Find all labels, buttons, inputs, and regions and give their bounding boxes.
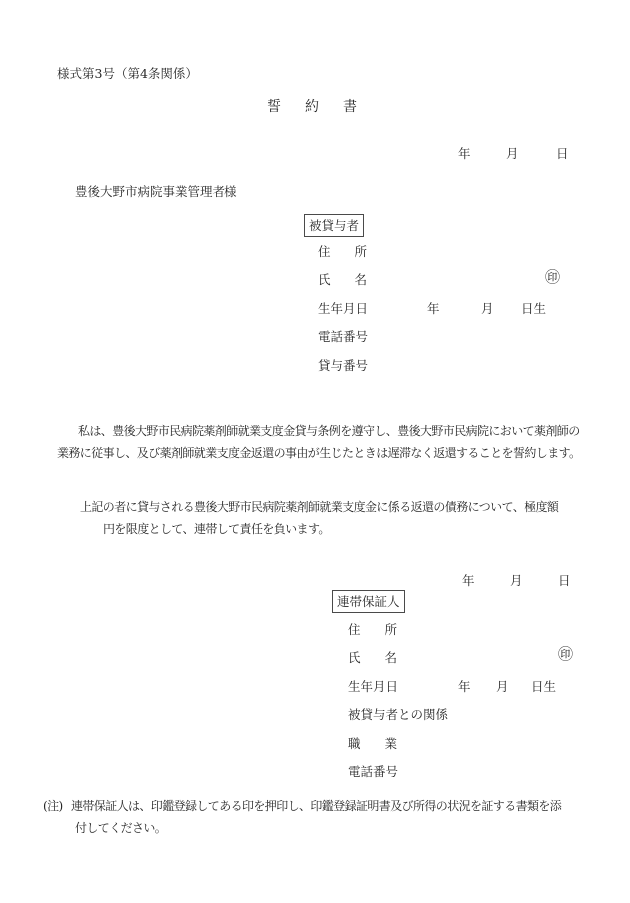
borrower-name-label: 氏名 [318, 270, 391, 288]
date-bottom-year-label: 年 [462, 571, 475, 589]
date-top-day-label: 日 [556, 144, 569, 162]
borrower-birth-month-label: 月 [481, 299, 494, 317]
guarantor-seal-icon: ㊞ [558, 643, 573, 664]
guarantee-paragraph-line2: 円を限度として、連帯して責任を負います。 [103, 520, 330, 537]
pledge-paragraph-line2: 業務に従事し、及び薬剤師就業支度金返還の事由が生じたときは遅滞なく返還することを… [57, 444, 580, 461]
date-bottom-month-label: 月 [510, 571, 523, 589]
guarantor-relation-label: 被貸与者との関係 [348, 705, 448, 723]
guarantor-section-label: 連帯保証人 [332, 590, 405, 613]
form-number: 様式第3号（第4条関係） [57, 64, 198, 82]
borrower-address-label: 住所 [318, 242, 391, 260]
guarantor-birth-day-label: 日生 [531, 677, 556, 695]
borrower-loan-number-label: 貸与番号 [318, 356, 368, 374]
addressee-name: 豊後大野市病院事業管理者 [75, 182, 225, 200]
borrower-birthdate-label: 生年月日 [318, 299, 368, 317]
page-title: 誓約書 [267, 96, 381, 116]
borrower-birth-year-label: 年 [427, 299, 440, 317]
note-line2: 付してください。 [75, 819, 166, 836]
date-top-month-label: 月 [506, 144, 519, 162]
note-line1: 連帯保証人は、印鑑登録してある印を押印し、印鑑登録証明書及び所得の状況を証する書… [71, 797, 561, 814]
guarantor-address-label: 住所 [348, 620, 421, 638]
guarantor-occupation-label: 職業 [348, 734, 421, 752]
date-top-year-label: 年 [458, 144, 471, 162]
pledge-paragraph-line1: 私は、豊後大野市民病院薬剤師就業支度金貸与条例を遵守し、豊後大野市民病院において… [78, 422, 580, 439]
pledge-form-page: 様式第3号（第4条関係） 誓約書 年 月 日 豊後大野市病院事業管理者 様 被貸… [0, 0, 630, 903]
borrower-birth-day-label: 日生 [521, 299, 546, 317]
borrower-section-label: 被貸与者 [304, 214, 364, 237]
borrower-seal-icon: ㊞ [545, 266, 560, 287]
date-bottom-day-label: 日 [558, 571, 571, 589]
guarantor-name-label: 氏名 [348, 648, 421, 666]
addressee-honorific: 様 [224, 182, 237, 200]
guarantor-birthdate-label: 生年月日 [348, 677, 398, 695]
borrower-phone-label: 電話番号 [318, 327, 368, 345]
guarantee-paragraph-line1: 上記の者に貸与される豊後大野市民病院薬剤師就業支度金に係る返還の債務について、極… [80, 498, 558, 515]
guarantor-birth-month-label: 月 [496, 677, 509, 695]
guarantor-phone-label: 電話番号 [348, 762, 398, 780]
note-marker: (注) [43, 797, 63, 814]
guarantor-birth-year-label: 年 [458, 677, 471, 695]
